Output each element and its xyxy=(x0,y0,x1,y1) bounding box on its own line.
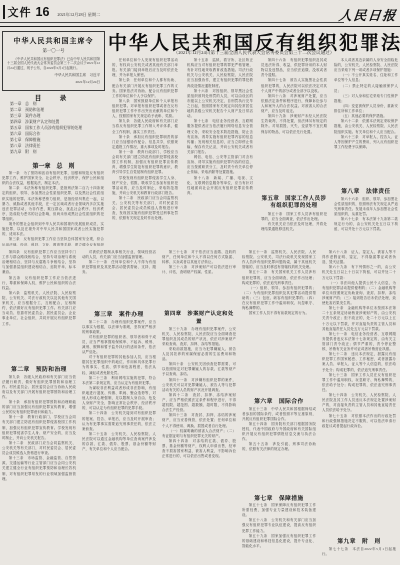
text-column-lower-1: 第四条 反有组织犯罪工作应当坚持专门工作与群众路线相结合，坚持专项治理与系统治理… xyxy=(2,250,76,561)
newspaper-page: 文件162021年12月28日 星期二 人民日报 中华人民共和国主席令 第一〇一… xyxy=(0,0,400,565)
column-text: 第七十七条 本法自2022年5月1日起施行。 xyxy=(322,547,396,562)
chapter-5-heading-line2: 有组织犯罪的处理 xyxy=(270,203,317,209)
column-text: 第九条 各级人民政府和有关部门应当依法履行职责，做好有组织犯罪预防和治理工作。村… xyxy=(2,375,76,562)
text-column-lower-5: 第六十八条 证人、鉴定人、被害人等不得作虚假证明、鉴定，不得隐匿罪证或者伪造、毁… xyxy=(322,250,396,561)
chapter-5-heading: 第五章 国家工作人员涉有组织犯罪的处理 xyxy=(261,194,327,212)
chapter-4-heading: 第四章 涉案财产认定和处置 xyxy=(162,307,236,327)
table-of-contents: 目 录 第一章 总 则第二章 预防和治理第三章 案件办理第四章 涉案财产认定和处… xyxy=(2,93,105,156)
text-column-upper-3: 第四十六条 有组织犯罪组织及其成员违法所得、收益，供犯罪所用的本人财物以及违禁品… xyxy=(261,58,327,246)
chapter-8-heading: 第八章 法律责任 xyxy=(334,184,398,197)
chapter-9-heading: 第九章 附 则 xyxy=(322,534,396,547)
decree-number: 第一〇一号 xyxy=(7,48,100,54)
column-text: 第五十条 国家工作人员涉有组织犯罪的，应当全面调查，依法作出处理。有关机关应当依… xyxy=(261,212,327,246)
decree-sign-date: 2021年12月24日 xyxy=(7,80,100,85)
presidential-decree-box: 中华人民共和国主席令 第一〇一号 《中华人民共和国反有组织犯罪法》已由中华人民共… xyxy=(2,31,105,91)
date-line: 2021年12月28日 星期二 xyxy=(57,12,100,17)
chapter-6-heading: 第六章 国际合作 xyxy=(242,394,316,407)
column-text: 第五十三条 中华人民共和国根据缔结或者参加的国际条约，或者按照平等互惠原则，开展… xyxy=(242,407,316,491)
header-rule-thin xyxy=(0,22,344,23)
chapter-7-heading: 第七章 保障措施 xyxy=(242,491,316,504)
decree-body: 《中华人民共和国反有组织犯罪法》已由中华人民共和国第十三届全国人民代表大会常务委… xyxy=(7,57,100,71)
column-text: 对被依法限制从事相关行业、领域经营活动的人员，有关部门应当加强监督管理。第二十一… xyxy=(82,250,156,307)
column-text: 本人或者其近亲属的人身安全面临危险的，公安机关、人民检察院、人民法院应当采取下列… xyxy=(334,58,398,184)
toc-items: 第一章 总 则第二章 预防和治理第三章 案件办理第四章 涉案财产认定和处置第五章… xyxy=(2,102,105,156)
column-text: 第三十七条 对于依法应当追缴、没收的财产，任何单位和个人不得以任何方式隐匿、转移… xyxy=(162,250,236,307)
column-text: 第三十九条 办理有组织犯罪案件，公安机关、人民检察院、人民法院应当全面调查犯罪组… xyxy=(162,327,236,562)
column-text: 第四十六条 有组织犯罪组织及其成员违法所得、收益，供犯罪所用的本人财物以及违禁品… xyxy=(261,58,327,194)
paper-logo: 人民日报 xyxy=(338,5,398,24)
decree-signer: 中华人民共和国主席 习近平 xyxy=(7,73,100,78)
chapter-5-heading-line1: 第五章 国家工作人员涉 xyxy=(262,196,327,202)
text-column-upper-4: 本人或者其近亲属的人身安全面临危险的，公安机关、人民检察院、人民法院应当采取下列… xyxy=(334,58,398,246)
column-text: 第二十二条 办理有组织犯罪案件，应当以事实为根据，以法律为准绳，坚持宽严相济的刑… xyxy=(82,320,156,562)
page-number: 16 xyxy=(36,5,50,19)
toc-title: 目 录 xyxy=(2,93,105,102)
text-column-upper-2: 第十五条 监狱、看守所、社区矫正机构应当对有组织犯罪的罪犯严格管理，有针对性地采… xyxy=(187,58,253,246)
column-text: 第十五条 监狱、看守所、社区矫正机构应当对有组织犯罪的罪犯严格管理，有针对性地采… xyxy=(187,58,253,246)
text-column-lower-4: 第五十一条 监察机关、人民法院、人民检察院、公安机关、司法行政机关发现国家工作人… xyxy=(242,250,316,561)
chapter-1-text: 第一条 为了预防和惩治有组织犯罪，加强和规范反有组织犯罪工作，维护国家安全、社会… xyxy=(2,171,104,246)
law-subtitle: （2021年12月24日第十三届全国人民代表大会常务委员会第三十二次会议通过） xyxy=(108,50,400,56)
text-column-upper-1: 任何单位和个人发现有组织犯罪活动的，有权向公安机关或者其他有关部门举报。有关部门… xyxy=(112,58,178,246)
section-bracket-icon xyxy=(3,5,5,19)
page-header: 文件162021年12月28日 星期二 xyxy=(3,3,100,21)
chapter-2-heading: 第二章 预防和治理 xyxy=(2,362,76,375)
column-text: 第六十八条 证人、鉴定人、被害人等不得作虚假证明、鉴定，不得隐匿罪证或者伪造、毁… xyxy=(322,250,396,534)
chapter-3-heading: 第三章 案件办理 xyxy=(82,307,156,320)
section-name: 文件 xyxy=(8,7,32,19)
column-text: 第五十一条 监察机关、人民法院、人民检察院、公安机关、司法行政机关发现国家工作人… xyxy=(242,250,316,394)
column-text: 第四条 反有组织犯罪工作应当坚持专门工作与群众路线相结合，坚持专项治理与系统治理… xyxy=(2,250,76,362)
chapter-1-heading: 第一章 总 则 xyxy=(2,161,105,170)
column-text: 任何单位和个人发现有组织犯罪活动的，有权向公安机关或者其他有关部门举报。有关部门… xyxy=(112,58,178,246)
text-column-lower-3: 第三十七条 对于依法应当追缴、没收的财产，任何单位和个人不得以任何方式隐匿、转移… xyxy=(162,250,236,561)
text-column-lower-2: 对被依法限制从事相关行业、领域经营活动的人员，有关部门应当加强监督管理。第二十一… xyxy=(82,250,156,561)
column-text: 第六十六条 组织、领导、参加黑社会性质组织的，依照刑法有关规定从严追究刑事责任。… xyxy=(334,197,398,247)
decree-title: 中华人民共和国主席令 xyxy=(7,36,100,46)
column-text: 第五十七条 国家保障反有组织犯罪工作所需经费，加强专业力量建设和技术装备建设。第… xyxy=(242,503,316,561)
